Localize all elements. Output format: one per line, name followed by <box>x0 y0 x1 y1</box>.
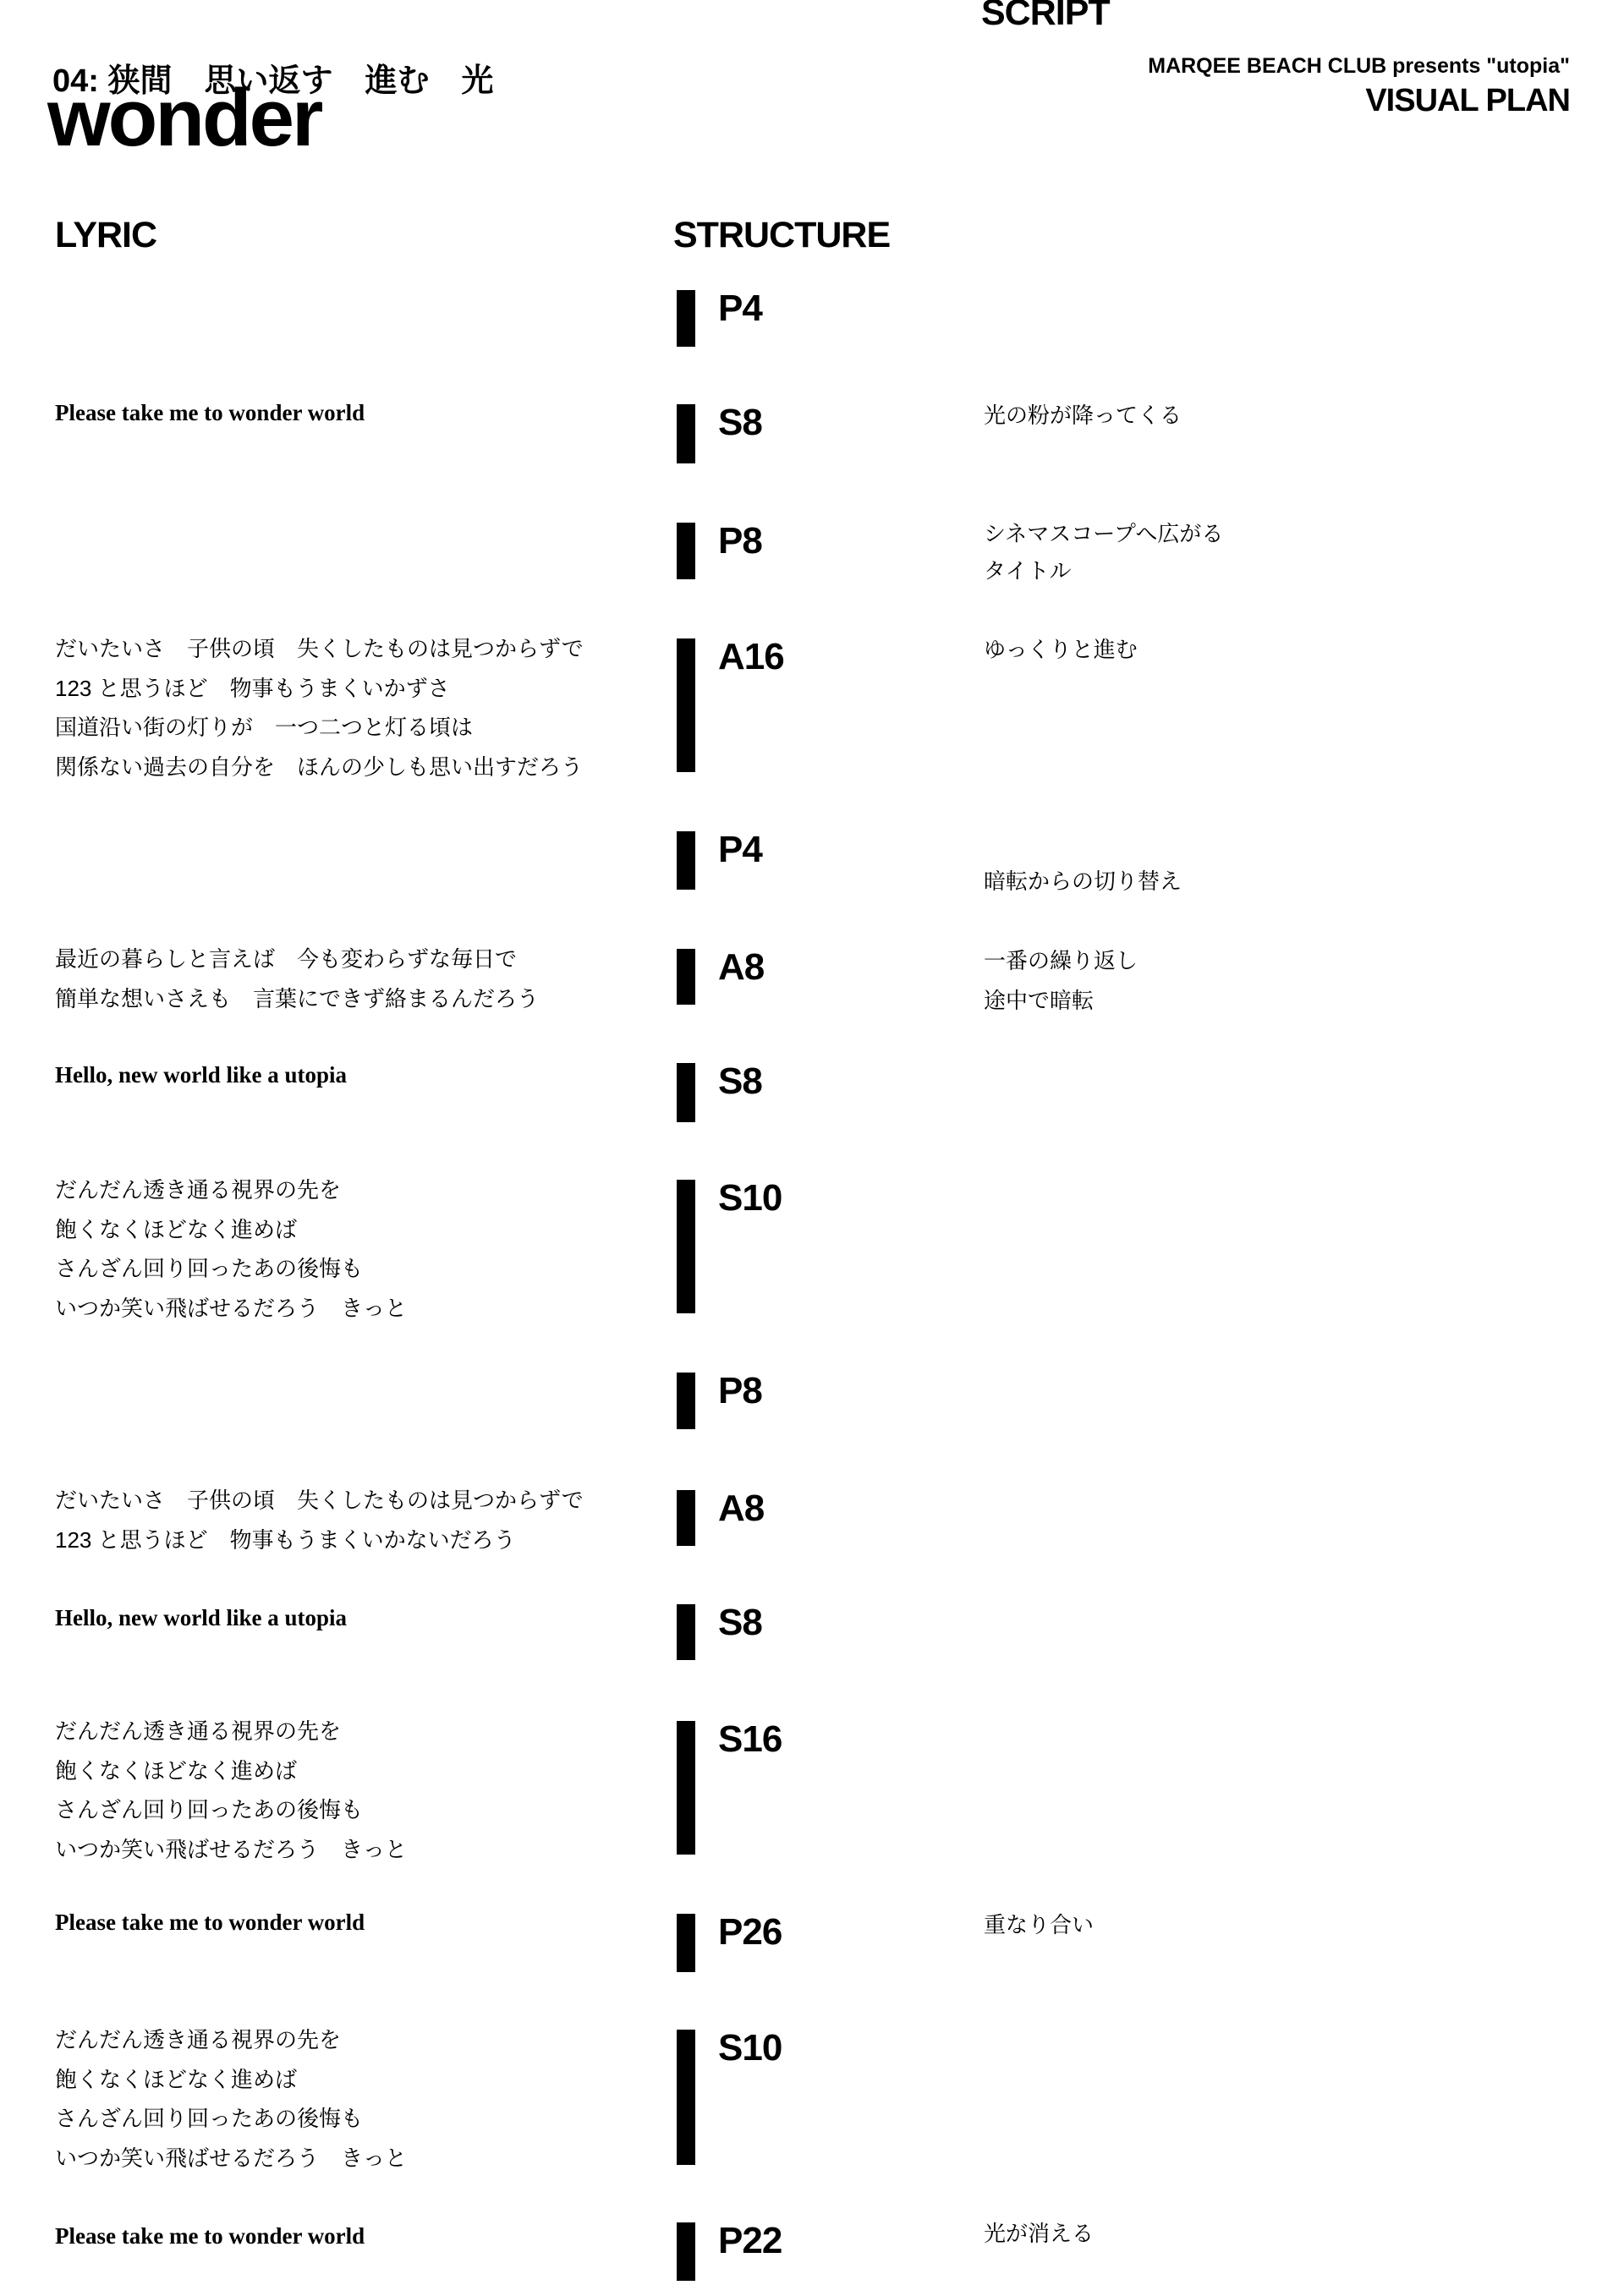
lyric-block: だんだん透き通る視界の先を 飽くなくほどなく進めば さんざん回り回ったあの後悔も… <box>55 2020 407 2178</box>
visual-plan-sheet: 04: 狭間 思い返す 進む 光 wonder MARQEE BEACH CLU… <box>0 0 1624 2296</box>
structure-label: S8 <box>718 1060 762 1104</box>
lyric-line: だいたいさ 子供の頃 失くしたものは見つからずで <box>55 1481 584 1521</box>
lyric-line: Hello, new world like a utopia <box>55 1055 347 1095</box>
lyric-line: さんざん回り回ったあの後悔も <box>55 1249 407 1289</box>
lyric-line: だんだん透き通る視界の先を <box>55 2020 407 2060</box>
lyric-line: いつか笑い飛ばせるだろう きっと <box>55 2139 407 2178</box>
lyric-block: Please take me to wonder world <box>55 393 365 433</box>
structure-bar <box>677 831 695 890</box>
lyric-block: Hello, new world like a utopia <box>55 1055 347 1095</box>
lyric-line: 123 と思うほど 物事もうまくいかないだろう <box>55 1521 584 1560</box>
structure-bar <box>677 2030 695 2165</box>
structure-label: S8 <box>718 1602 762 1645</box>
lyric-line: 飽くなくほどなく進めば <box>55 1210 407 1250</box>
script-block: 重なり合い <box>984 1906 1094 1943</box>
script-line: 一番の繰り返し <box>984 941 1138 981</box>
structure-label: S10 <box>718 1177 782 1220</box>
structure-bar <box>677 290 695 347</box>
lyric-line: だいたいさ 子供の頃 失くしたものは見つからずで <box>55 629 584 669</box>
song-title: wonder <box>47 78 321 159</box>
structure-bar <box>677 404 695 463</box>
lyric-block: 最近の暮らしと言えば 今も変わらずな毎日で 簡単な想いさえも 言葉にできず絡まる… <box>55 940 539 1018</box>
script-line: 暗転からの切り替え <box>984 863 1182 900</box>
lyric-line: 飽くなくほどなく進めば <box>55 1751 407 1791</box>
script-line: タイトル <box>984 552 1223 589</box>
column-header-lyric: LYRIC <box>55 215 156 256</box>
structure-label: P8 <box>718 520 762 563</box>
lyric-line: 最近の暮らしと言えば 今も変わらずな毎日で <box>55 940 539 979</box>
column-header-structure: STRUCTURE <box>673 215 890 256</box>
lyric-line: 国道沿い街の灯りが 一つ二つと灯る頃は <box>55 708 584 748</box>
lyric-line: だんだん透き通る視界の先を <box>55 1170 407 1210</box>
script-block: 一番の繰り返し 途中で暗転 <box>984 941 1138 1020</box>
structure-bar <box>677 1914 695 1972</box>
column-header-script: SCRIPT <box>981 0 1110 34</box>
script-line: シネマスコープへ広がる <box>984 515 1223 552</box>
structure-label: P8 <box>718 1370 762 1413</box>
script-line: 光が消える <box>984 2215 1094 2252</box>
lyric-line: 飽くなくほどなく進めば <box>55 2060 407 2100</box>
structure-bar <box>677 1063 695 1122</box>
structure-bar <box>677 1604 695 1660</box>
structure-label: S8 <box>718 402 762 445</box>
structure-bar <box>677 638 695 772</box>
lyric-block: だいたいさ 子供の頃 失くしたものは見つからずで 123 と思うほど 物事もうま… <box>55 629 584 786</box>
brand-block: MARQEE BEACH CLUB presents "utopia" VISU… <box>1148 52 1570 122</box>
script-block: ゆっくりと進む <box>984 631 1138 668</box>
lyric-block: Hello, new world like a utopia <box>55 1598 347 1638</box>
presents-line: MARQEE BEACH CLUB presents "utopia" <box>1148 52 1570 80</box>
structure-bar <box>677 1373 695 1429</box>
structure-label: A8 <box>718 1488 764 1531</box>
structure-label: S16 <box>718 1718 782 1762</box>
lyric-line: いつか笑い飛ばせるだろう きっと <box>55 1830 407 1870</box>
script-line: ゆっくりと進む <box>984 631 1138 668</box>
script-block: 暗転からの切り替え <box>984 863 1182 900</box>
lyric-line: さんざん回り回ったあの後悔も <box>55 2099 407 2139</box>
structure-bar <box>677 949 695 1005</box>
script-line: 光の粉が降ってくる <box>984 397 1182 434</box>
script-block: 光の粉が降ってくる <box>984 397 1182 434</box>
lyric-block: Please take me to wonder world <box>55 1903 365 1943</box>
structure-label: A16 <box>718 636 784 679</box>
structure-label: A8 <box>718 946 764 989</box>
lyric-line: いつか笑い飛ばせるだろう きっと <box>55 1289 407 1329</box>
lyric-block: Please take me to wonder world <box>55 2217 365 2256</box>
structure-bar <box>677 2222 695 2281</box>
lyric-line: Please take me to wonder world <box>55 2217 365 2256</box>
script-block: 光が消える <box>984 2215 1094 2252</box>
lyric-line: 関係ない過去の自分を ほんの少しも思い出すだろう <box>55 748 584 787</box>
lyric-line: Hello, new world like a utopia <box>55 1598 347 1638</box>
lyric-block: だんだん透き通る視界の先を 飽くなくほどなく進めば さんざん回り回ったあの後悔も… <box>55 1712 407 1869</box>
structure-label: P4 <box>718 829 762 872</box>
lyric-line: だんだん透き通る視界の先を <box>55 1712 407 1751</box>
structure-label: S10 <box>718 2027 782 2070</box>
lyric-line: Please take me to wonder world <box>55 1903 365 1943</box>
visual-plan-label: VISUAL PLAN <box>1148 80 1570 122</box>
structure-bar <box>677 1490 695 1546</box>
structure-bar <box>677 1180 695 1313</box>
script-block: シネマスコープへ広がる タイトル <box>984 515 1223 589</box>
lyric-line: さんざん回り回ったあの後悔も <box>55 1790 407 1830</box>
lyric-line: 123 と思うほど 物事もうまくいかずさ <box>55 669 584 709</box>
structure-label: P26 <box>718 1911 782 1954</box>
structure-label: P22 <box>718 2220 782 2263</box>
script-line: 途中で暗転 <box>984 981 1138 1021</box>
structure-bar <box>677 1721 695 1855</box>
structure-label: P4 <box>718 288 762 331</box>
lyric-block: だんだん透き通る視界の先を 飽くなくほどなく進めば さんざん回り回ったあの後悔も… <box>55 1170 407 1328</box>
lyric-block: だいたいさ 子供の頃 失くしたものは見つからずで 123 と思うほど 物事もうま… <box>55 1481 584 1559</box>
structure-bar <box>677 523 695 579</box>
lyric-line: Please take me to wonder world <box>55 393 365 433</box>
script-line: 重なり合い <box>984 1906 1094 1943</box>
lyric-line: 簡単な想いさえも 言葉にできず絡まるんだろう <box>55 979 539 1019</box>
